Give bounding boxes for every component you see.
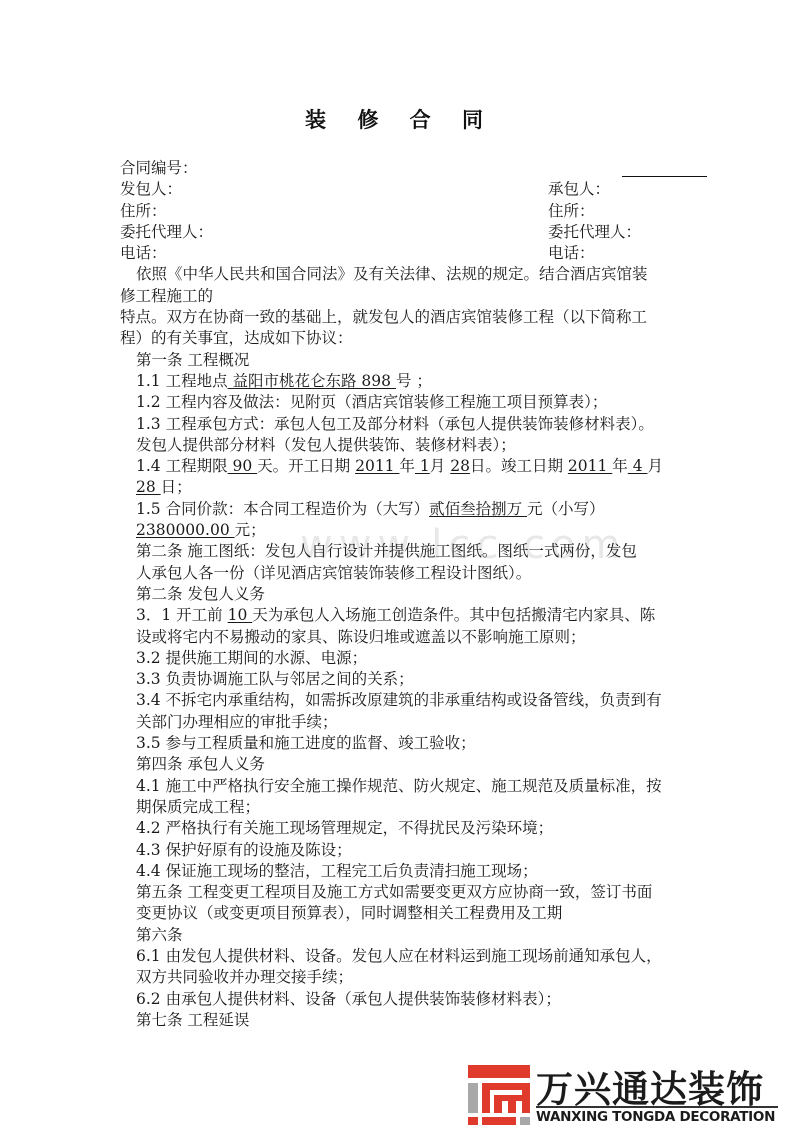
- start-day: 28: [450, 457, 470, 475]
- text: 月: [648, 457, 664, 475]
- article-3-heading: 第二条 发包人义务: [120, 584, 690, 605]
- article-1-heading: 第一条 工程概况: [120, 350, 690, 371]
- text: 元；: [235, 521, 266, 539]
- item-4-3: 4.3 保护好原有的设施及陈设；: [120, 840, 690, 861]
- text: 日。竣工日期: [470, 457, 568, 475]
- item-3-2: 3.2 提供施工期间的水源、电源；: [120, 648, 690, 669]
- item-3-3: 3.3 负责协调施工队与邻居之间的关系；: [120, 669, 690, 690]
- text: 元（小写）: [527, 500, 605, 518]
- text: 年: [399, 457, 415, 475]
- item-4-4: 4.4 保证施工现场的整洁，工程完工后负责清扫施工现场；: [120, 861, 690, 882]
- employer-address-label: 住所：: [120, 202, 167, 220]
- text: 天。开工日期: [257, 457, 355, 475]
- item-3-1-b: 设或将宅内不易搬动的家具、陈设归堆或遮盖以不影响施工原则；: [120, 627, 690, 648]
- item-6-1-b: 双方共同验收并办理交接手续；: [120, 967, 690, 988]
- contractor-address-label: 住所：: [548, 201, 595, 222]
- party-row-address: 住所： 住所：: [120, 201, 690, 222]
- item-1-4-cont: 28 日；: [120, 477, 690, 498]
- party-row-name: 发包人： 承包人：: [120, 179, 690, 200]
- article-5-line-1: 第五条 工程变更工程项目及施工方式如需要变更双方应协商一致，签订书面: [120, 882, 690, 903]
- item-3-4-b: 关部门办理相应的审批手续；: [120, 712, 690, 733]
- item-3-1-a: 3．1 开工前 10 天为承包人入场施工创造条件。其中包括搬清宅内家具、陈: [120, 605, 690, 626]
- item-1-3-a: 1.3 工程承包方式：承包人包工及部分材料（承包人提供装饰装修材料表）。: [120, 414, 690, 435]
- item-6-2: 6.2 由承包人提供材料、设备（承包人提供装饰装修材料表）；: [120, 989, 690, 1010]
- company-logo: 万兴通达装饰 WANXING TONGDA DECORATION: [468, 1063, 788, 1129]
- text: 日；: [161, 478, 192, 496]
- item-1-1-suffix: 号 ；: [396, 372, 432, 390]
- employer-agent-label: 委托代理人：: [120, 223, 213, 241]
- end-year: 2011: [568, 457, 612, 475]
- text: 1.5 合同价款：本合同工程造价为（大写）: [136, 500, 429, 518]
- document-title: 装 修 合 同: [0, 104, 800, 134]
- project-location: 益阳市桃花仑东路 898: [228, 372, 396, 390]
- preamble-line-4: 程）的有关事宜，达成如下协议：: [120, 328, 690, 349]
- contract-number-label: 合同编号：: [120, 158, 690, 179]
- item-3-4-a: 3.4 不拆宅内承重结构，如需拆改原建筑的非承重结构或设备管线，负责到有: [120, 690, 690, 711]
- preamble-line-1: 依照《中华人民共和国合同法》及有关法律、法规的规定。结合酒店宾馆装: [120, 264, 690, 285]
- end-month: 4: [628, 457, 648, 475]
- start-year: 2011: [355, 457, 399, 475]
- end-day: 28: [136, 478, 161, 496]
- article-4-heading: 第四条 承包人义务: [120, 754, 690, 775]
- article-6-heading: 第六条: [120, 925, 690, 946]
- text: 1.4 工程期限: [136, 457, 228, 475]
- item-1-4: 1.4 工程期限 90 天。开工日期 2011 年 1月 28日。竣工日期 20…: [120, 456, 690, 477]
- item-1-1-label: 1.1 工程地点: [136, 372, 228, 390]
- article-7-heading: 第七条 工程延误: [120, 1010, 690, 1031]
- text: 天为承包人入场施工创造条件。其中包括搬清宅内家具、陈: [252, 606, 655, 624]
- item-1-2: 1.2 工程内容及做法：见附页（酒店宾馆装修工程施工项目预算表）；: [120, 392, 690, 413]
- article-5-line-2: 变更协议（或变更项目预算表），同时调整相关工程费用及工期: [120, 903, 690, 924]
- item-1-5-cont: 2380000.00 元；: [120, 520, 690, 541]
- employer-phone-label: 电话：: [120, 244, 167, 262]
- item-4-1-b: 期保质完成工程；: [120, 797, 690, 818]
- contract-price-words: 贰佰叁拾捌万: [429, 500, 527, 518]
- employer-label: 发包人：: [120, 180, 182, 198]
- item-1-3-b: 发包人提供部分材料（发包人提供装饰、装修材料表）；: [120, 435, 690, 456]
- logo-name-cn: 万兴通达装饰: [536, 1059, 764, 1113]
- item-3-5: 3.5 参与工程质量和施工进度的监督、竣工验收；: [120, 733, 690, 754]
- text: 年: [612, 457, 628, 475]
- article-2-line-2: 人承包人各一份（详见酒店宾馆装饰装修工程设计图纸）。: [120, 563, 690, 584]
- logo-name-en: WANXING TONGDA DECORATION: [536, 1109, 775, 1125]
- article-2-line-1: 第二条 施工图纸：发包人自行设计并提供施工图纸。图纸一式两份，发包: [120, 541, 690, 562]
- logo-mark-icon: [468, 1063, 530, 1125]
- item-1-5: 1.5 合同价款：本合同工程造价为（大写）贰佰叁拾捌万 元（小写）: [120, 499, 690, 520]
- start-month: 1: [415, 457, 430, 475]
- item-4-2: 4.2 严格执行有关施工现场管理规定，不得扰民及污染环境；: [120, 818, 690, 839]
- contractor-phone-label: 电话：: [548, 243, 595, 264]
- contract-price-number: 2380000.00: [136, 521, 235, 539]
- item-1-1: 1.1 工程地点 益阳市桃花仑东路 898 号 ；: [120, 371, 690, 392]
- logo-divider: [536, 1106, 778, 1108]
- item-4-1-a: 4.1 施工中严格执行安全施工操作规范、防火规定、施工规范及质量标准，按: [120, 776, 690, 797]
- document-page: 装 修 合 同 www.lcc.com 合同编号： 发包人： 承包人： 住所： …: [0, 0, 800, 1132]
- preamble-line-3: 特点。双方在协商一致的基础上，就发包人的酒店宾馆装修工程（以下简称工: [120, 307, 690, 328]
- text: 3．1 开工前: [136, 606, 228, 624]
- preamble-line-2: 修工程施工的: [120, 286, 690, 307]
- party-row-agent: 委托代理人： 委托代理人：: [120, 222, 690, 243]
- text: 月: [430, 457, 450, 475]
- party-row-phone: 电话： 电话：: [120, 243, 690, 264]
- contractor-agent-label: 委托代理人：: [548, 222, 641, 243]
- prep-days: 10: [228, 606, 253, 624]
- item-6-1-a: 6.1 由发包人提供材料、设备。发包人应在材料运到施工现场前通知承包人，: [120, 946, 690, 967]
- duration-days: 90: [228, 457, 258, 475]
- contract-body: 合同编号： 发包人： 承包人： 住所： 住所： 委托代理人： 委托代理人： 电话…: [120, 158, 690, 1031]
- contractor-label: 承包人：: [548, 179, 610, 200]
